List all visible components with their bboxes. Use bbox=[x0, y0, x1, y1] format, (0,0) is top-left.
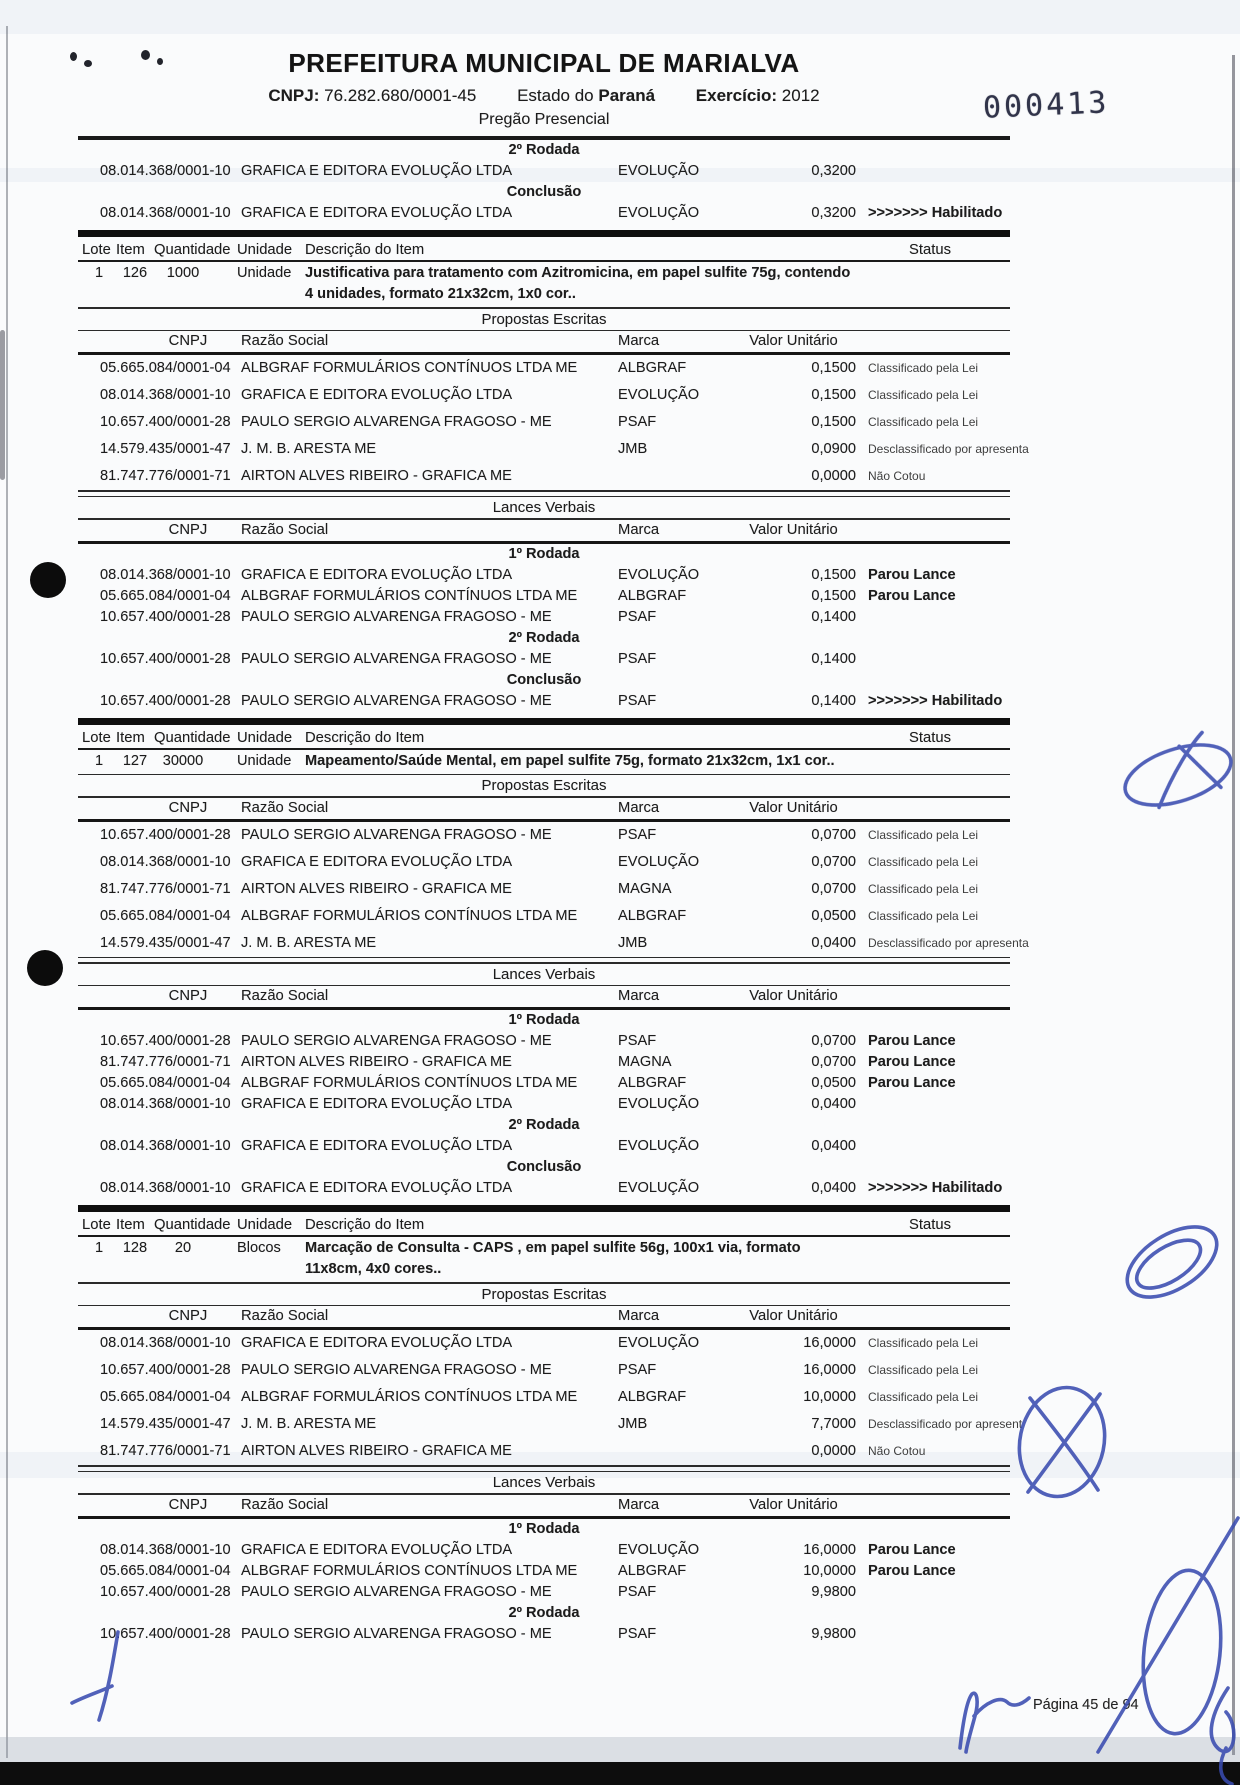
cell-marca: ALBGRAF bbox=[618, 903, 686, 930]
cell-descricao: Justificativa para tratamento com Azitro… bbox=[305, 263, 905, 305]
cell-cnpj: 10.657.400/0001-28 bbox=[100, 1031, 231, 1052]
item-separator bbox=[78, 1205, 1010, 1212]
cell-status: Não Cotou bbox=[868, 1438, 925, 1465]
cell-descricao: Mapeamento/Saúde Mental, em papel sulfit… bbox=[305, 751, 905, 772]
table-row: 81.747.776/0001-71 AIRTON ALVES RIBEIRO … bbox=[78, 463, 1010, 490]
cell-cnpj: 05.665.084/0001-04 bbox=[100, 1073, 231, 1094]
scan-strip-black bbox=[0, 1762, 1240, 1785]
lances-title: Lances Verbais bbox=[78, 1472, 1010, 1493]
table-row: 08.014.368/0001-10 GRAFICA E EDITORA EVO… bbox=[78, 1178, 1010, 1199]
lances-title: Lances Verbais bbox=[78, 497, 1010, 518]
round-label: Conclusão bbox=[78, 670, 1010, 691]
cell-valor-unitario: 0,3200 bbox=[698, 161, 856, 182]
item-section: Lote Item Quantidade Unidade Descrição d… bbox=[78, 1205, 1010, 1645]
table-row: 08.014.368/0001-10 GRAFICA E EDITORA EVO… bbox=[78, 1094, 1010, 1115]
cell-valor-unitario: 0,1400 bbox=[698, 649, 856, 670]
cell-razao-social: ALBGRAF FORMULÁRIOS CONTÍNUOS LTDA ME bbox=[241, 903, 577, 930]
page-number: Página 45 de 94 bbox=[1033, 1697, 1139, 1713]
pen-mark-oval-x bbox=[1009, 1379, 1114, 1504]
cell-valor-unitario: 0,0400 bbox=[698, 930, 856, 957]
estado-label: Estado do bbox=[517, 86, 594, 105]
table-row: 10.657.400/0001-28 PAULO SERGIO ALVARENG… bbox=[78, 822, 1010, 849]
cell-valor-unitario: 0,0400 bbox=[698, 1094, 856, 1115]
ink-speck bbox=[70, 52, 77, 61]
cell-marca: ALBGRAF bbox=[618, 586, 686, 607]
estado-group: Estado do Paraná bbox=[517, 86, 655, 105]
cell-valor-unitario: 9,9800 bbox=[698, 1582, 856, 1603]
item-table-header: Lote Item Quantidade Unidade Descrição d… bbox=[78, 240, 1010, 260]
header-cnpj: CNPJ bbox=[128, 1306, 248, 1327]
cell-razao-social: PAULO SERGIO ALVARENGA FRAGOSO - ME bbox=[241, 1582, 552, 1603]
table-row: 05.665.084/0001-04 ALBGRAF FORMULÁRIOS C… bbox=[78, 1384, 1010, 1411]
round-label: 1º Rodada bbox=[78, 544, 1010, 565]
document-title: PREFEITURA MUNICIPAL DE MARIALVA bbox=[78, 48, 1010, 79]
cell-valor-unitario: 0,0700 bbox=[698, 1052, 856, 1073]
cell-razao-social: PAULO SERGIO ALVARENGA FRAGOSO - ME bbox=[241, 409, 552, 436]
header-lote: Lote bbox=[82, 240, 111, 260]
cell-valor-unitario: 0,3200 bbox=[698, 203, 856, 224]
cell-cnpj: 08.014.368/0001-10 bbox=[100, 161, 231, 182]
header-descricao: Descrição do Item bbox=[305, 728, 424, 748]
pen-mark-ellipse-line bbox=[1098, 1518, 1238, 1752]
cell-cnpj: 10.657.400/0001-28 bbox=[100, 1582, 231, 1603]
estado-value: Paraná bbox=[598, 86, 655, 105]
table-row: 05.665.084/0001-04 ALBGRAF FORMULÁRIOS C… bbox=[78, 903, 1010, 930]
table-row: 10.657.400/0001-28 PAULO SERGIO ALVARENG… bbox=[78, 1582, 1010, 1603]
table-row: 14.579.435/0001-47 J. M. B. ARESTA ME JM… bbox=[78, 436, 1010, 463]
cell-valor-unitario: 0,1400 bbox=[698, 691, 856, 712]
cell-cnpj: 05.665.084/0001-04 bbox=[100, 355, 231, 382]
cell-razao-social: ALBGRAF FORMULÁRIOS CONTÍNUOS LTDA ME bbox=[241, 1073, 577, 1094]
cell-cnpj: 10.657.400/0001-28 bbox=[100, 409, 231, 436]
cell-cnpj: 08.014.368/0001-10 bbox=[100, 1540, 231, 1561]
cell-cnpj: 14.579.435/0001-47 bbox=[100, 436, 231, 463]
cell-status: Parou Lance bbox=[868, 1052, 956, 1073]
header-razao-social: Razão Social bbox=[241, 986, 328, 1007]
cell-valor-unitario: 0,0700 bbox=[698, 822, 856, 849]
cell-razao-social: GRAFICA E EDITORA EVOLUÇÃO LTDA bbox=[241, 565, 512, 586]
header-valor-unitario: Valor Unitário bbox=[706, 986, 881, 1007]
round-label: 1º Rodada bbox=[78, 1010, 1010, 1031]
header-unidade: Unidade bbox=[237, 1215, 292, 1235]
cell-status: Parou Lance bbox=[868, 1540, 956, 1561]
table-row: 08.014.368/0001-10 GRAFICA E EDITORA EVO… bbox=[78, 1136, 1010, 1157]
header-quantidade: Quantidade bbox=[154, 728, 231, 748]
cell-marca: EVOLUÇÃO bbox=[618, 1540, 699, 1561]
cell-status: Parou Lance bbox=[868, 1561, 956, 1582]
cell-razao-social: GRAFICA E EDITORA EVOLUÇÃO LTDA bbox=[241, 161, 512, 182]
cell-razao-social: PAULO SERGIO ALVARENGA FRAGOSO - ME bbox=[241, 1357, 552, 1384]
cell-unidade: Blocos bbox=[237, 1238, 281, 1259]
cell-marca: EVOLUÇÃO bbox=[618, 382, 699, 409]
table-row: 10.657.400/0001-28 PAULO SERGIO ALVARENG… bbox=[78, 1031, 1010, 1052]
lances-title: Lances Verbais bbox=[78, 964, 1010, 985]
descricao-line: 11x8cm, 4x0 cores.. bbox=[305, 1259, 905, 1280]
cell-marca: PSAF bbox=[618, 822, 656, 849]
cell-marca: JMB bbox=[618, 1411, 647, 1438]
header-cnpj: CNPJ bbox=[128, 331, 248, 352]
cell-cnpj: 08.014.368/0001-10 bbox=[100, 203, 231, 224]
item-row: 1 128 20 Blocos Marcação de Consulta - C… bbox=[78, 1237, 1010, 1282]
cell-cnpj: 08.014.368/0001-10 bbox=[100, 1330, 231, 1357]
punch-hole bbox=[30, 562, 66, 598]
header-razao-social: Razão Social bbox=[241, 520, 328, 541]
header-status: Status bbox=[890, 1215, 970, 1235]
cell-marca: EVOLUÇÃO bbox=[618, 1330, 699, 1357]
cell-descricao: Marcação de Consulta - CAPS , em papel s… bbox=[305, 1238, 905, 1280]
table-row: 05.665.084/0001-04 ALBGRAF FORMULÁRIOS C… bbox=[78, 1561, 1010, 1582]
cell-razao-social: AIRTON ALVES RIBEIRO - GRAFICA ME bbox=[241, 1438, 512, 1465]
cell-marca: JMB bbox=[618, 436, 647, 463]
document-content: PREFEITURA MUNICIPAL DE MARIALVA CNPJ: 7… bbox=[78, 0, 1010, 1645]
cell-razao-social: GRAFICA E EDITORA EVOLUÇÃO LTDA bbox=[241, 1136, 512, 1157]
header-lote: Lote bbox=[82, 1215, 111, 1235]
header-marca: Marca bbox=[618, 986, 659, 1007]
header-unidade: Unidade bbox=[237, 240, 292, 260]
item-section: Lote Item Quantidade Unidade Descrição d… bbox=[78, 718, 1010, 1200]
cell-marca: ALBGRAF bbox=[618, 1073, 686, 1094]
cell-razao-social: GRAFICA E EDITORA EVOLUÇÃO LTDA bbox=[241, 1330, 512, 1357]
cell-cnpj: 08.014.368/0001-10 bbox=[100, 849, 231, 876]
cell-status: Desclassificado por apresenta bbox=[868, 436, 1029, 463]
cell-cnpj: 08.014.368/0001-10 bbox=[100, 1178, 231, 1199]
cell-marca: EVOLUÇÃO bbox=[618, 565, 699, 586]
propostas-title: Propostas Escritas bbox=[78, 775, 1010, 796]
cell-marca: PSAF bbox=[618, 409, 656, 436]
cell-cnpj: 08.014.368/0001-10 bbox=[100, 1094, 231, 1115]
cell-razao-social: GRAFICA E EDITORA EVOLUÇÃO LTDA bbox=[241, 1178, 512, 1199]
header-lote: Lote bbox=[82, 728, 111, 748]
ink-speck bbox=[157, 58, 163, 65]
document-subtitle: Pregão Presencial bbox=[78, 111, 1010, 129]
header-status: Status bbox=[890, 728, 970, 748]
round-label: 2º Rodada bbox=[78, 1115, 1010, 1136]
cell-cnpj: 05.665.084/0001-04 bbox=[100, 586, 231, 607]
header-marca: Marca bbox=[618, 520, 659, 541]
cell-valor-unitario: 0,1500 bbox=[698, 382, 856, 409]
cell-valor-unitario: 0,0500 bbox=[698, 1073, 856, 1094]
cell-status: Desclassificado por apresenta bbox=[868, 930, 1029, 957]
cell-quantidade: 20 bbox=[136, 1238, 230, 1259]
header-item: Item bbox=[116, 240, 145, 260]
cell-valor-unitario: 0,0700 bbox=[698, 876, 856, 903]
table-row: 05.665.084/0001-04 ALBGRAF FORMULÁRIOS C… bbox=[78, 586, 1010, 607]
cell-cnpj: 10.657.400/0001-28 bbox=[100, 649, 231, 670]
cell-status: >>>>>>> Habilitado bbox=[868, 1178, 1002, 1199]
header-descricao: Descrição do Item bbox=[305, 240, 424, 260]
cell-valor-unitario: 0,0500 bbox=[698, 903, 856, 930]
columns-header: CNPJ Razão Social Marca Valor Unitário bbox=[78, 798, 1010, 819]
cell-razao-social: GRAFICA E EDITORA EVOLUÇÃO LTDA bbox=[241, 1094, 512, 1115]
descricao-line: 4 unidades, formato 21x32cm, 1x0 cor.. bbox=[305, 284, 905, 305]
cell-marca: PSAF bbox=[618, 1582, 656, 1603]
cell-razao-social: GRAFICA E EDITORA EVOLUÇÃO LTDA bbox=[241, 382, 512, 409]
cell-marca: EVOLUÇÃO bbox=[618, 1094, 699, 1115]
table-row: 81.747.776/0001-71 AIRTON ALVES RIBEIRO … bbox=[78, 876, 1010, 903]
header-valor-unitario: Valor Unitário bbox=[706, 331, 881, 352]
cell-valor-unitario: 0,0000 bbox=[698, 1438, 856, 1465]
round-label: Conclusão bbox=[78, 1157, 1010, 1178]
table-row: 08.014.368/0001-10 GRAFICA E EDITORA EVO… bbox=[78, 1330, 1010, 1357]
cell-cnpj: 10.657.400/0001-28 bbox=[100, 1357, 231, 1384]
cell-status: >>>>>>> Habilitado bbox=[868, 203, 1002, 224]
item-row: 1 126 1000 Unidade Justificativa para tr… bbox=[78, 262, 1010, 307]
cell-valor-unitario: 0,0700 bbox=[698, 849, 856, 876]
columns-header: CNPJ Razão Social Marca Valor Unitário bbox=[78, 1495, 1010, 1516]
cell-status: Parou Lance bbox=[868, 1031, 956, 1052]
round-label: 2º Rodada bbox=[78, 628, 1010, 649]
cell-valor-unitario: 0,1500 bbox=[698, 565, 856, 586]
cell-razao-social: GRAFICA E EDITORA EVOLUÇÃO LTDA bbox=[241, 203, 512, 224]
header-valor-unitario: Valor Unitário bbox=[706, 1495, 881, 1516]
scanned-document-page: PREFEITURA MUNICIPAL DE MARIALVA CNPJ: 7… bbox=[0, 0, 1240, 1785]
item-separator bbox=[78, 230, 1010, 237]
cell-status: Classificado pela Lei bbox=[868, 1384, 978, 1411]
header-razao-social: Razão Social bbox=[241, 331, 328, 352]
cell-marca: JMB bbox=[618, 930, 647, 957]
cell-cnpj: 10.657.400/0001-28 bbox=[100, 822, 231, 849]
lances-rows: 1º Rodada 08.014.368/0001-10 GRAFICA E E… bbox=[78, 544, 1010, 712]
cnpj-group: CNPJ: 76.282.680/0001-45 bbox=[268, 86, 476, 105]
cell-razao-social: AIRTON ALVES RIBEIRO - GRAFICA ME bbox=[241, 876, 512, 903]
cell-cnpj: 08.014.368/0001-10 bbox=[100, 1136, 231, 1157]
cell-cnpj: 14.579.435/0001-47 bbox=[100, 1411, 231, 1438]
document-meta: CNPJ: 76.282.680/0001-45 Estado do Paran… bbox=[78, 86, 1010, 106]
cell-razao-social: AIRTON ALVES RIBEIRO - GRAFICA ME bbox=[241, 1052, 512, 1073]
table-row: 08.014.368/0001-10 GRAFICA E EDITORA EVO… bbox=[78, 849, 1010, 876]
table-row: 05.665.084/0001-04 ALBGRAF FORMULÁRIOS C… bbox=[78, 1073, 1010, 1094]
cell-status: Não Cotou bbox=[868, 463, 925, 490]
table-row: 08.014.368/0001-10 GRAFICA E EDITORA EVO… bbox=[78, 161, 1010, 182]
cell-marca: PSAF bbox=[618, 1624, 656, 1645]
cell-razao-social: J. M. B. ARESTA ME bbox=[241, 1411, 376, 1438]
cell-marca: EVOLUÇÃO bbox=[618, 1136, 699, 1157]
item-table-header: Lote Item Quantidade Unidade Descrição d… bbox=[78, 728, 1010, 748]
header-marca: Marca bbox=[618, 331, 659, 352]
cell-razao-social: ALBGRAF FORMULÁRIOS CONTÍNUOS LTDA ME bbox=[241, 1561, 577, 1582]
cell-unidade: Unidade bbox=[237, 263, 291, 284]
header-marca: Marca bbox=[618, 798, 659, 819]
cell-marca: ALBGRAF bbox=[618, 1561, 686, 1582]
header-marca: Marca bbox=[618, 1306, 659, 1327]
propostas-title: Propostas Escritas bbox=[78, 309, 1010, 330]
header-descricao: Descrição do Item bbox=[305, 1215, 424, 1235]
items: Lote Item Quantidade Unidade Descrição d… bbox=[78, 230, 1010, 1645]
propostas-rows: 08.014.368/0001-10 GRAFICA E EDITORA EVO… bbox=[78, 1330, 1010, 1465]
table-row: 10.657.400/0001-28 PAULO SERGIO ALVARENG… bbox=[78, 607, 1010, 628]
cell-status: Classificado pela Lei bbox=[868, 409, 978, 436]
cell-razao-social: GRAFICA E EDITORA EVOLUÇÃO LTDA bbox=[241, 849, 512, 876]
cell-status: Parou Lance bbox=[868, 586, 956, 607]
cell-quantidade: 30000 bbox=[136, 751, 230, 772]
table-row: 10.657.400/0001-28 PAULO SERGIO ALVARENG… bbox=[78, 409, 1010, 436]
cell-razao-social: PAULO SERGIO ALVARENGA FRAGOSO - ME bbox=[241, 822, 552, 849]
header-cnpj: CNPJ bbox=[128, 986, 248, 1007]
round-label: 2º Rodada bbox=[78, 1603, 1010, 1624]
round-label: 1º Rodada bbox=[78, 1519, 1010, 1540]
cell-lote: 1 bbox=[90, 263, 108, 284]
cnpj-label: CNPJ: bbox=[268, 86, 319, 105]
cell-razao-social: ALBGRAF FORMULÁRIOS CONTÍNUOS LTDA ME bbox=[241, 1384, 577, 1411]
columns-header: CNPJ Razão Social Marca Valor Unitário bbox=[78, 331, 1010, 352]
cell-status: Parou Lance bbox=[868, 1073, 956, 1094]
cell-marca: PSAF bbox=[618, 691, 656, 712]
cell-marca: ALBGRAF bbox=[618, 355, 686, 382]
table-row: 08.014.368/0001-10 GRAFICA E EDITORA EVO… bbox=[78, 203, 1010, 224]
table-row: 05.665.084/0001-04 ALBGRAF FORMULÁRIOS C… bbox=[78, 355, 1010, 382]
header-cnpj: CNPJ bbox=[128, 798, 248, 819]
item-table-header: Lote Item Quantidade Unidade Descrição d… bbox=[78, 1215, 1010, 1235]
item-section: Lote Item Quantidade Unidade Descrição d… bbox=[78, 230, 1010, 712]
cell-valor-unitario: 0,0900 bbox=[698, 436, 856, 463]
header-cnpj: CNPJ bbox=[128, 1495, 248, 1516]
table-row: 08.014.368/0001-10 GRAFICA E EDITORA EVO… bbox=[78, 565, 1010, 586]
cell-marca: EVOLUÇÃO bbox=[618, 161, 699, 182]
cell-cnpj: 10.657.400/0001-28 bbox=[100, 607, 231, 628]
table-row: 14.579.435/0001-47 J. M. B. ARESTA ME JM… bbox=[78, 1411, 1010, 1438]
columns-header: CNPJ Razão Social Marca Valor Unitário bbox=[78, 986, 1010, 1007]
cell-razao-social: PAULO SERGIO ALVARENGA FRAGOSO - ME bbox=[241, 649, 552, 670]
cell-marca: EVOLUÇÃO bbox=[618, 849, 699, 876]
columns-header: CNPJ Razão Social Marca Valor Unitário bbox=[78, 520, 1010, 541]
propostas-title: Propostas Escritas bbox=[78, 1284, 1010, 1305]
cell-cnpj: 10.657.400/0001-28 bbox=[100, 691, 231, 712]
header-marca: Marca bbox=[618, 1495, 659, 1516]
ink-speck bbox=[84, 60, 92, 67]
header-valor-unitario: Valor Unitário bbox=[706, 798, 881, 819]
table-row: 10.657.400/0001-28 PAULO SERGIO ALVARENG… bbox=[78, 691, 1010, 712]
cell-status: Classificado pela Lei bbox=[868, 355, 978, 382]
item-row: 1 127 30000 Unidade Mapeamento/Saúde Men… bbox=[78, 750, 1010, 774]
cell-valor-unitario: 10,0000 bbox=[698, 1384, 856, 1411]
cell-valor-unitario: 0,1400 bbox=[698, 607, 856, 628]
cell-valor-unitario: 16,0000 bbox=[698, 1330, 856, 1357]
table-row: 14.579.435/0001-47 J. M. B. ARESTA ME JM… bbox=[78, 930, 1010, 957]
propostas-rows: 05.665.084/0001-04 ALBGRAF FORMULÁRIOS C… bbox=[78, 355, 1010, 490]
cell-marca: MAGNA bbox=[618, 1052, 672, 1073]
scan-edge-smear bbox=[0, 330, 5, 480]
cell-marca: PSAF bbox=[618, 1031, 656, 1052]
cell-cnpj: 05.665.084/0001-04 bbox=[100, 1561, 231, 1582]
exercicio-label: Exercício: bbox=[696, 86, 777, 105]
cell-marca: PSAF bbox=[618, 649, 656, 670]
table-row: 08.014.368/0001-10 GRAFICA E EDITORA EVO… bbox=[78, 382, 1010, 409]
cell-marca: EVOLUÇÃO bbox=[618, 1178, 699, 1199]
cell-valor-unitario: 9,9800 bbox=[698, 1624, 856, 1645]
item-separator bbox=[78, 718, 1010, 725]
cell-lote: 1 bbox=[90, 751, 108, 772]
cell-razao-social: ALBGRAF FORMULÁRIOS CONTÍNUOS LTDA ME bbox=[241, 355, 577, 382]
cell-razao-social: PAULO SERGIO ALVARENGA FRAGOSO - ME bbox=[241, 691, 552, 712]
descricao-line: Justificativa para tratamento com Azitro… bbox=[305, 263, 905, 284]
cell-razao-social: PAULO SERGIO ALVARENGA FRAGOSO - ME bbox=[241, 1624, 552, 1645]
header-razao-social: Razão Social bbox=[241, 1495, 328, 1516]
scan-edge-left bbox=[6, 26, 8, 1758]
header-item: Item bbox=[116, 1215, 145, 1235]
cell-valor-unitario: 16,0000 bbox=[698, 1357, 856, 1384]
cell-lote: 1 bbox=[90, 1238, 108, 1259]
cell-razao-social: J. M. B. ARESTA ME bbox=[241, 436, 376, 463]
cell-cnpj: 81.747.776/0001-71 bbox=[100, 1052, 231, 1073]
scan-strip-gray bbox=[0, 1737, 1240, 1762]
cell-unidade: Unidade bbox=[237, 751, 291, 772]
cell-marca: MAGNA bbox=[618, 876, 672, 903]
cell-valor-unitario: 0,1500 bbox=[698, 586, 856, 607]
cell-valor-unitario: 10,0000 bbox=[698, 1561, 856, 1582]
lances-rows: 1º Rodada 08.014.368/0001-10 GRAFICA E E… bbox=[78, 1519, 1010, 1645]
header-unidade: Unidade bbox=[237, 728, 292, 748]
cell-razao-social: ALBGRAF FORMULÁRIOS CONTÍNUOS LTDA ME bbox=[241, 586, 577, 607]
cell-cnpj: 05.665.084/0001-04 bbox=[100, 1384, 231, 1411]
header-razao-social: Razão Social bbox=[241, 1306, 328, 1327]
pen-mark-swirl-2 bbox=[1115, 1213, 1228, 1312]
cell-status: Parou Lance bbox=[868, 565, 956, 586]
header-item: Item bbox=[116, 728, 145, 748]
top-continuation-rows: 2º Rodada 08.014.368/0001-10 GRAFICA E E… bbox=[78, 140, 1010, 224]
lances-rows: 1º Rodada 10.657.400/0001-28 PAULO SERGI… bbox=[78, 1010, 1010, 1199]
cell-cnpj: 08.014.368/0001-10 bbox=[100, 382, 231, 409]
cell-status: Classificado pela Lei bbox=[868, 876, 978, 903]
cell-status: Classificado pela Lei bbox=[868, 903, 978, 930]
cell-cnpj: 81.747.776/0001-71 bbox=[100, 876, 231, 903]
cell-cnpj: 81.747.776/0001-71 bbox=[100, 463, 231, 490]
cell-valor-unitario: 0,1500 bbox=[698, 409, 856, 436]
propostas-rows: 10.657.400/0001-28 PAULO SERGIO ALVARENG… bbox=[78, 822, 1010, 957]
cell-status: Desclassificado por apresent bbox=[868, 1411, 1022, 1438]
cell-valor-unitario: 0,0700 bbox=[698, 1031, 856, 1052]
header-valor-unitario: Valor Unitário bbox=[706, 1306, 881, 1327]
punch-hole bbox=[27, 950, 63, 986]
table-row: 10.657.400/0001-28 PAULO SERGIO ALVARENG… bbox=[78, 649, 1010, 670]
exercicio-value: 2012 bbox=[782, 86, 820, 105]
exercicio-group: Exercício: 2012 bbox=[696, 86, 820, 105]
pen-mark-swirl-1 bbox=[1115, 727, 1238, 817]
document-header: PREFEITURA MUNICIPAL DE MARIALVA CNPJ: 7… bbox=[78, 0, 1010, 129]
cell-cnpj: 10.657.400/0001-28 bbox=[100, 1624, 231, 1645]
header-status: Status bbox=[890, 240, 970, 260]
cell-quantidade: 1000 bbox=[136, 263, 230, 284]
cell-valor-unitario: 16,0000 bbox=[698, 1540, 856, 1561]
cell-status: >>>>>>> Habilitado bbox=[868, 691, 1002, 712]
table-row: 10.657.400/0001-28 PAULO SERGIO ALVARENG… bbox=[78, 1357, 1010, 1384]
cell-razao-social: PAULO SERGIO ALVARENGA FRAGOSO - ME bbox=[241, 607, 552, 628]
stamp-number: 000413 bbox=[982, 85, 1110, 125]
cell-razao-social: AIRTON ALVES RIBEIRO - GRAFICA ME bbox=[241, 463, 512, 490]
cell-razao-social: J. M. B. ARESTA ME bbox=[241, 930, 376, 957]
header-cnpj: CNPJ bbox=[128, 520, 248, 541]
header-razao-social: Razão Social bbox=[241, 798, 328, 819]
cell-valor-unitario: 0,0400 bbox=[698, 1178, 856, 1199]
cnpj-value: 76.282.680/0001-45 bbox=[324, 86, 476, 105]
cell-status: Classificado pela Lei bbox=[868, 1357, 978, 1384]
header-quantidade: Quantidade bbox=[154, 1215, 231, 1235]
cell-cnpj: 14.579.435/0001-47 bbox=[100, 930, 231, 957]
cell-status: Classificado pela Lei bbox=[868, 1330, 978, 1357]
table-row: 81.747.776/0001-71 AIRTON ALVES RIBEIRO … bbox=[78, 1052, 1010, 1073]
round-label: 2º Rodada bbox=[78, 140, 1010, 161]
cell-status: Classificado pela Lei bbox=[868, 849, 978, 876]
ink-speck bbox=[141, 50, 150, 60]
cell-marca: PSAF bbox=[618, 1357, 656, 1384]
descricao-line: Marcação de Consulta - CAPS , em papel s… bbox=[305, 1238, 905, 1259]
columns-header: CNPJ Razão Social Marca Valor Unitário bbox=[78, 1306, 1010, 1327]
cell-valor-unitario: 0,0400 bbox=[698, 1136, 856, 1157]
cell-cnpj: 08.014.368/0001-10 bbox=[100, 565, 231, 586]
descricao-line: Mapeamento/Saúde Mental, em papel sulfit… bbox=[305, 751, 905, 772]
cell-marca: PSAF bbox=[618, 607, 656, 628]
table-row: 81.747.776/0001-71 AIRTON ALVES RIBEIRO … bbox=[78, 1438, 1010, 1465]
cell-cnpj: 81.747.776/0001-71 bbox=[100, 1438, 231, 1465]
